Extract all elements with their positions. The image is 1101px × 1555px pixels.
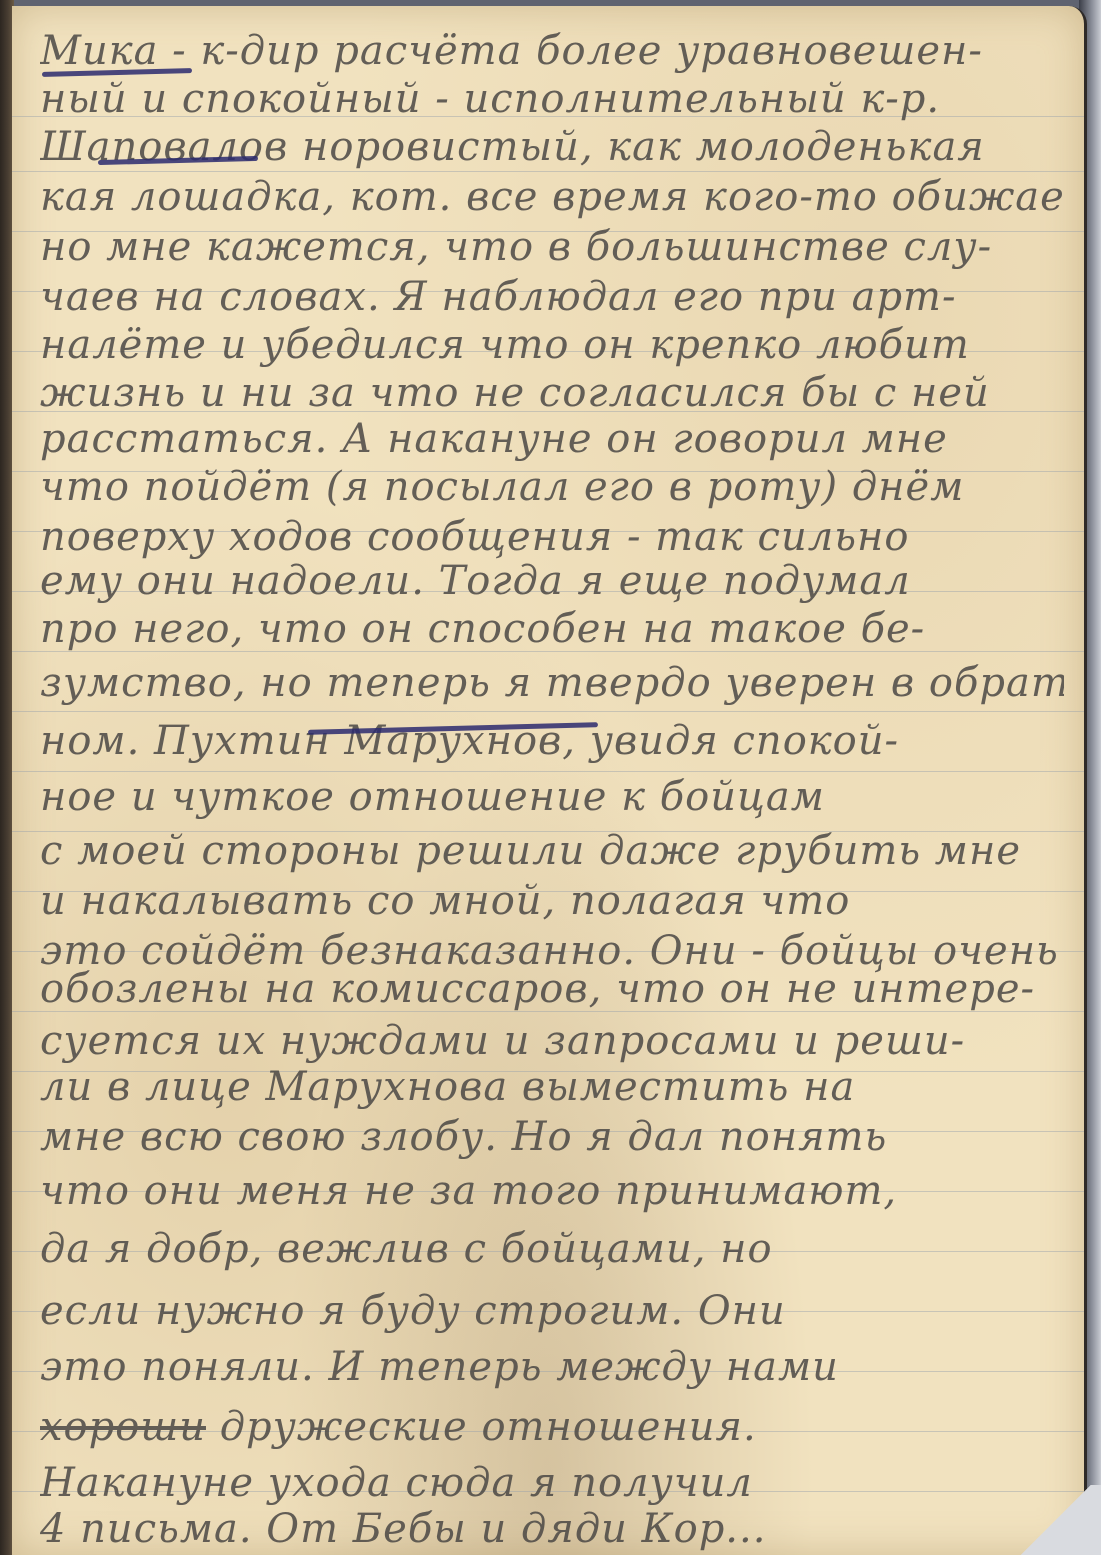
handwritten-line: хороши дружеские отношения. bbox=[40, 1404, 1064, 1450]
handwritten-line: Шаповалов норовистый, как молоденькая bbox=[40, 124, 1064, 170]
handwritten-line: 4 письма. От Бебы и дяди Кор... bbox=[40, 1506, 1064, 1552]
handwritten-line: если нужно я буду строгим. Они bbox=[40, 1288, 1064, 1334]
handwritten-line: ный и спокойный - исполнительный к-р. bbox=[40, 76, 1064, 122]
handwritten-line: с моей стороны решили даже грубить мне bbox=[40, 828, 1064, 874]
page-corner bbox=[1011, 1485, 1101, 1555]
handwritten-line: суется их нуждами и запросами и реши- bbox=[40, 1018, 1064, 1064]
notebook-page: Мика - к-дир расчёта более уравновешен- … bbox=[12, 6, 1087, 1555]
line-text: дружеские отношения. bbox=[220, 1404, 757, 1450]
handwritten-line: но мне кажется, что в большинстве слу- bbox=[40, 224, 1064, 270]
handwritten-line: про него, что он способен на такое бе- bbox=[40, 606, 1064, 652]
handwritten-line: что пойдёт (я посылал его в роту) днём bbox=[40, 464, 1064, 510]
handwritten-line: расстаться. А накануне он говорил мне bbox=[40, 416, 1064, 462]
handwritten-line: поверху ходов сообщения - так сильно bbox=[40, 514, 1064, 560]
ruled-line bbox=[12, 711, 1084, 712]
handwritten-line: и накалывать со мной, полагая что bbox=[40, 878, 1064, 924]
handwritten-line: ное и чуткое отношение к бойцам bbox=[40, 774, 1064, 820]
handwritten-line: ли в лице Марухнова выместить на bbox=[40, 1064, 1064, 1110]
handwritten-line: что они меня не за того принимают, bbox=[40, 1168, 1064, 1214]
handwritten-line: Мика - к-дир расчёта более уравновешен- bbox=[40, 28, 1064, 74]
handwritten-line: зумство, но теперь я твердо уверен в обр… bbox=[40, 660, 1064, 706]
handwritten-line: жизнь и ни за что не согласился бы с ней bbox=[40, 370, 1064, 416]
handwritten-line: кая лошадка, кот. все время кого-то обиж… bbox=[40, 174, 1064, 220]
handwritten-line: обозлены на комиссаров, что он не интере… bbox=[40, 966, 1064, 1012]
ruled-line bbox=[12, 771, 1084, 772]
handwritten-line: чаев на словах. Я наблюдал его при арт- bbox=[40, 274, 1064, 320]
handwritten-line: да я добр, вежлив с бойцами, но bbox=[40, 1226, 1064, 1272]
handwritten-line: ему они надоели. Тогда я еще подумал bbox=[40, 558, 1064, 604]
handwritten-line: мне всю свою злобу. Но я дал понять bbox=[40, 1114, 1064, 1160]
struck-word: хороши bbox=[40, 1404, 206, 1450]
ruled-line bbox=[12, 171, 1084, 172]
handwritten-line: налёте и убедился что он крепко любит bbox=[40, 322, 1064, 368]
handwritten-line: Накануне ухода сюда я получил bbox=[40, 1460, 1064, 1506]
handwritten-line: это поняли. И теперь между нами bbox=[40, 1344, 1064, 1390]
